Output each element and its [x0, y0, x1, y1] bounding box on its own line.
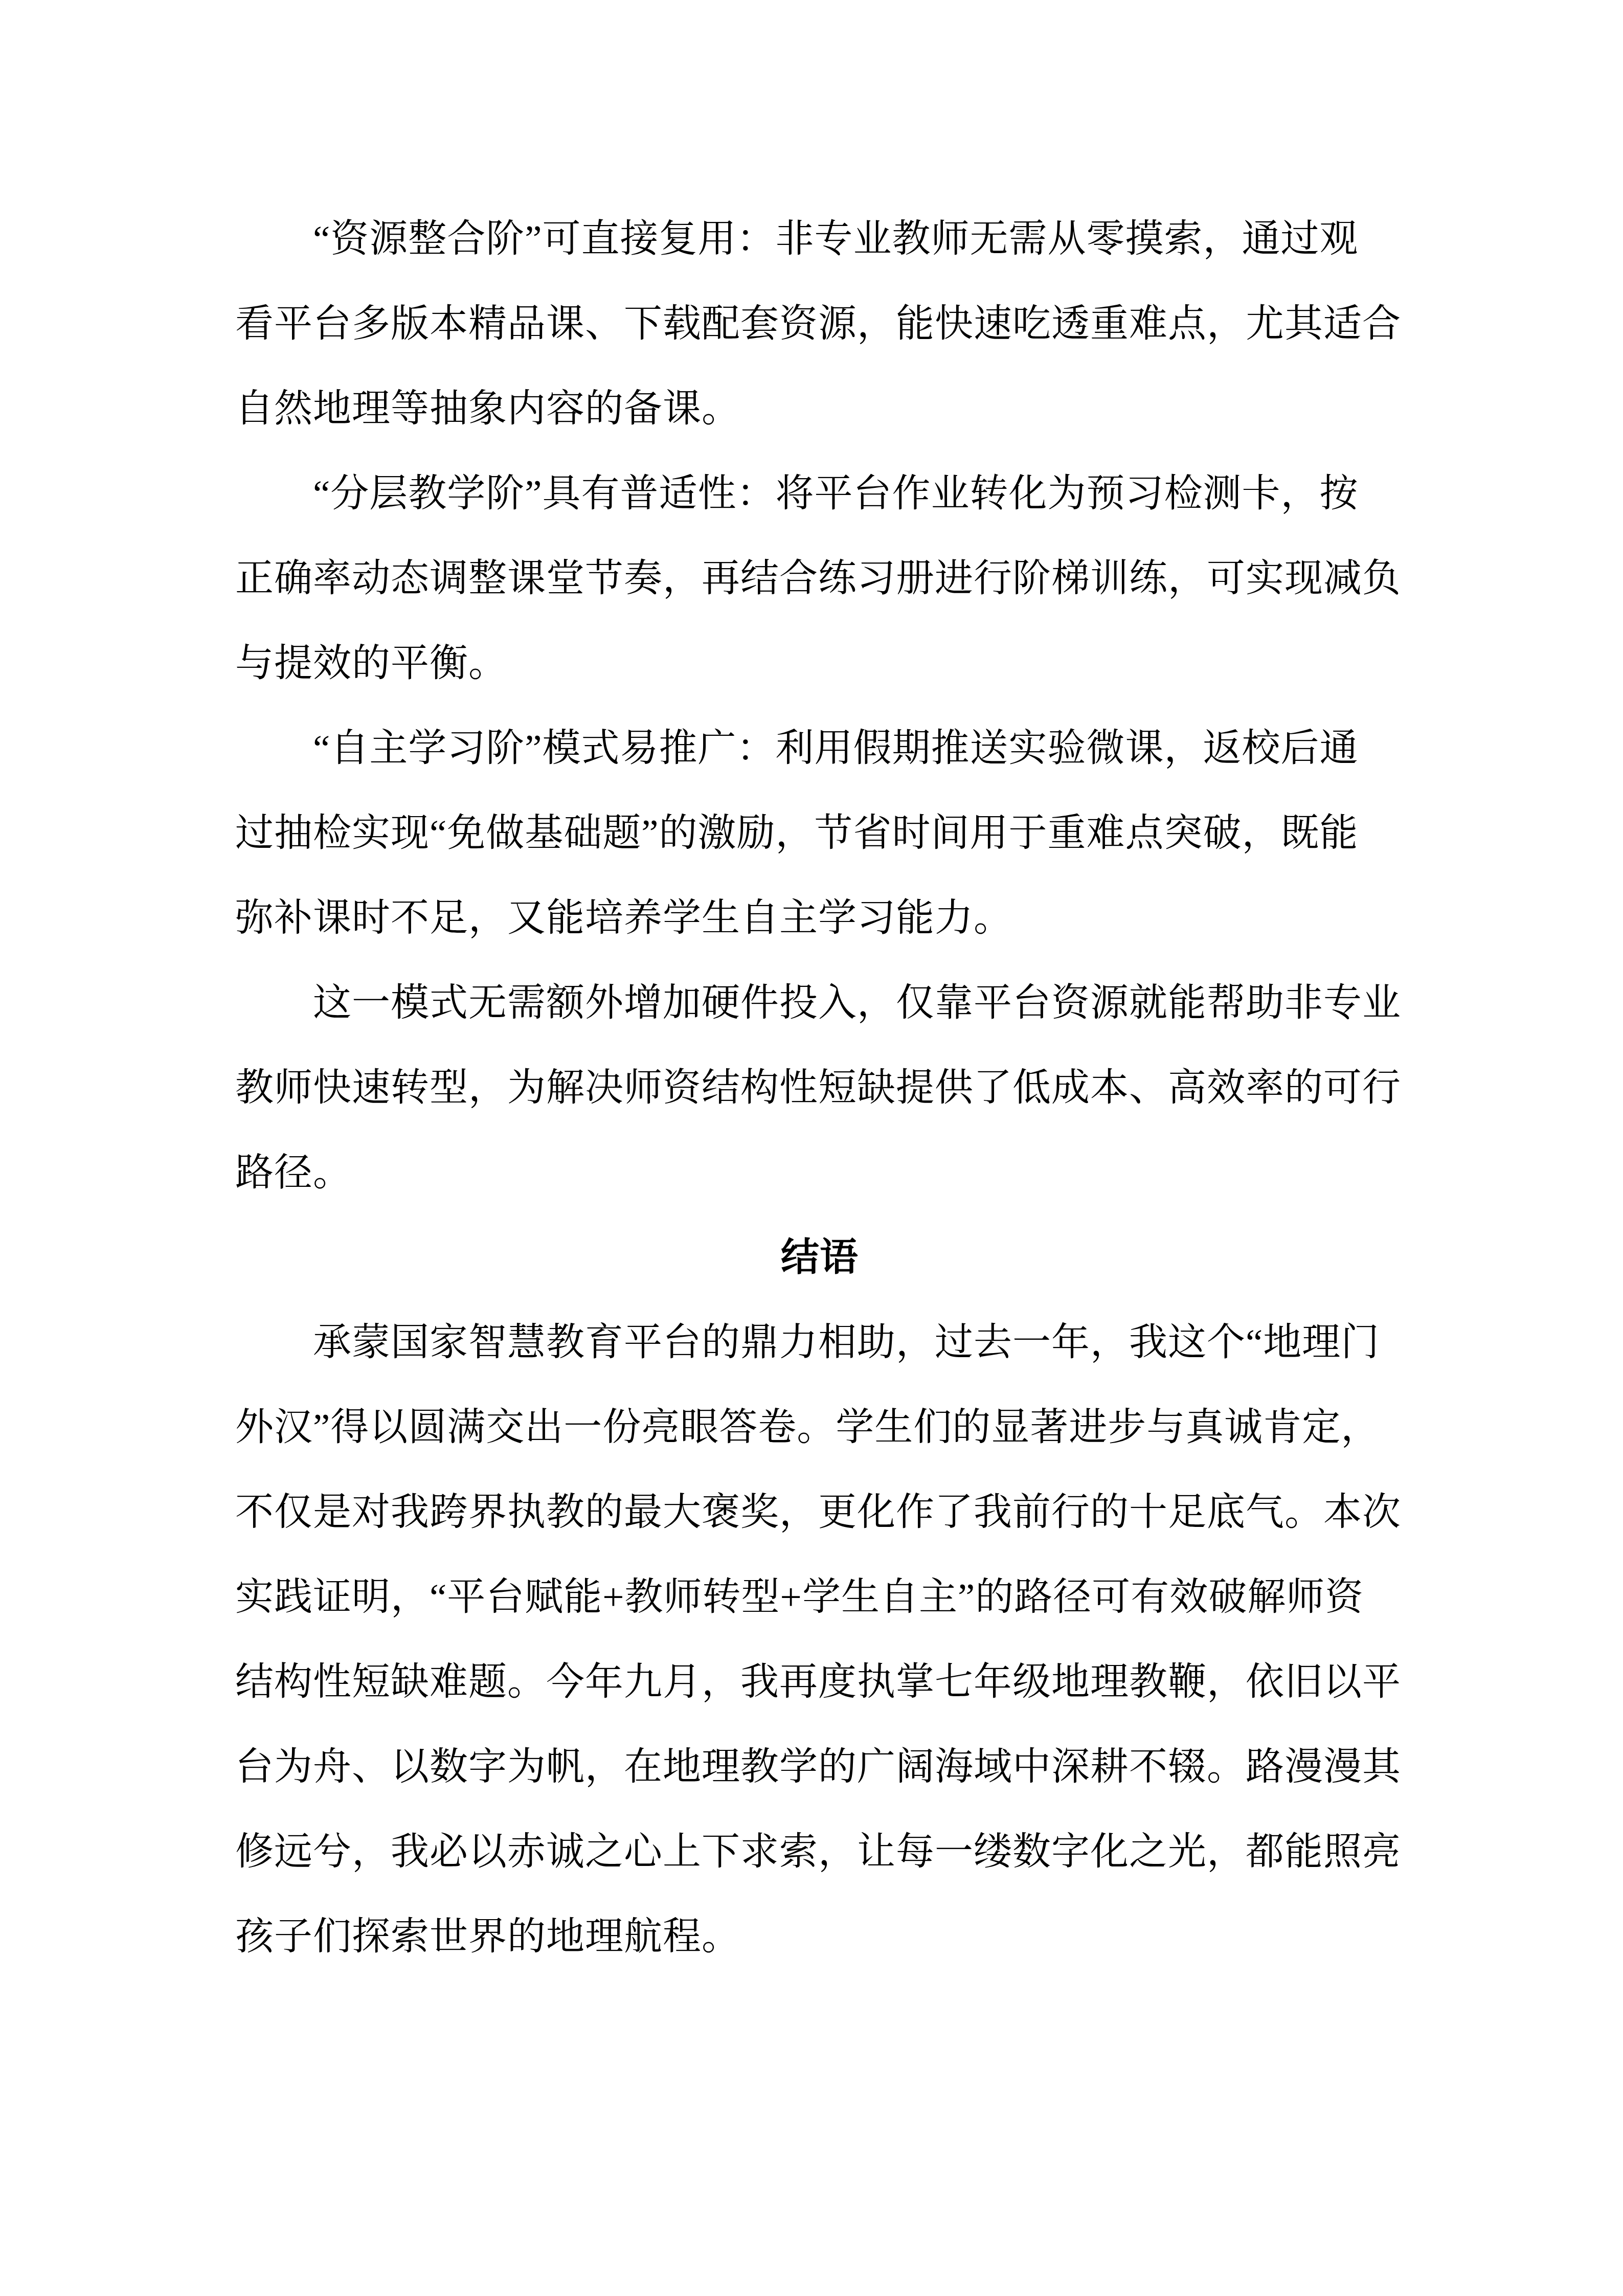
text-line: 自然地理等抽象内容的备课。 [235, 367, 1404, 452]
text-line: 看平台多版本精品课、下载配套资源，能快速吃透重难点，尤其适合 [235, 282, 1404, 367]
text-line: 修远兮，我必以赤诚之心上下求索，让每一缕数字化之光，都能照亮 [235, 1810, 1404, 1895]
text-line: 正确率动态调整课堂节奏，再结合练习册进行阶梯训练，可实现减负 [235, 536, 1404, 621]
text-line: 承蒙国家智慧教育平台的鼎力相助，过去一年，我这个“地理门 [235, 1300, 1404, 1385]
text-line: 教师快速转型，为解决师资结构性短缺提供了低成本、高效率的可行 [235, 1046, 1404, 1131]
text-line: “分层教学阶”具有普适性：将平台作业转化为预习检测卡，按 [235, 452, 1404, 536]
text-line: 结构性短缺难题。今年九月，我再度执掌七年级地理教鞭，依旧以平 [235, 1640, 1404, 1725]
text-line: 台为舟、以数字为帆，在地理教学的广阔海域中深耕不辍。路漫漫其 [235, 1725, 1404, 1810]
text-line: 不仅是对我跨界执教的最大褒奖，更化作了我前行的十足底气。本次 [235, 1470, 1404, 1555]
text-line: 弥补课时不足，又能培养学生自主学习能力。 [235, 876, 1404, 961]
text-line: 路径。 [235, 1131, 1404, 1215]
text-line: 与提效的平衡。 [235, 621, 1404, 706]
section-heading: 结语 [235, 1215, 1404, 1300]
text-line: “自主学习阶”模式易推广：利用假期推送实验微课，返校后通 [235, 706, 1404, 791]
text-line: 外汉”得以圆满交出一份亮眼答卷。学生们的显著进步与真诚肯定， [235, 1385, 1404, 1470]
text-line: 孩子们探索世界的地理航程。 [235, 1895, 1404, 1979]
text-block: “资源整合阶”可直接复用：非专业教师无需从零摸索，通过观看平台多版本精品课、下载… [235, 197, 1404, 1979]
text-line: 过抽检实现“免做基础题”的激励，节省时间用于重难点突破，既能 [235, 791, 1404, 876]
document-page: “资源整合阶”可直接复用：非专业教师无需从零摸索，通过观看平台多版本精品课、下载… [0, 0, 1623, 2296]
text-line: 实践证明，“平台赋能+教师转型+学生自主”的路径可有效破解师资 [235, 1555, 1404, 1640]
text-line: “资源整合阶”可直接复用：非专业教师无需从零摸索，通过观 [235, 197, 1404, 282]
text-line: 这一模式无需额外增加硬件投入，仅靠平台资源就能帮助非专业 [235, 961, 1404, 1046]
